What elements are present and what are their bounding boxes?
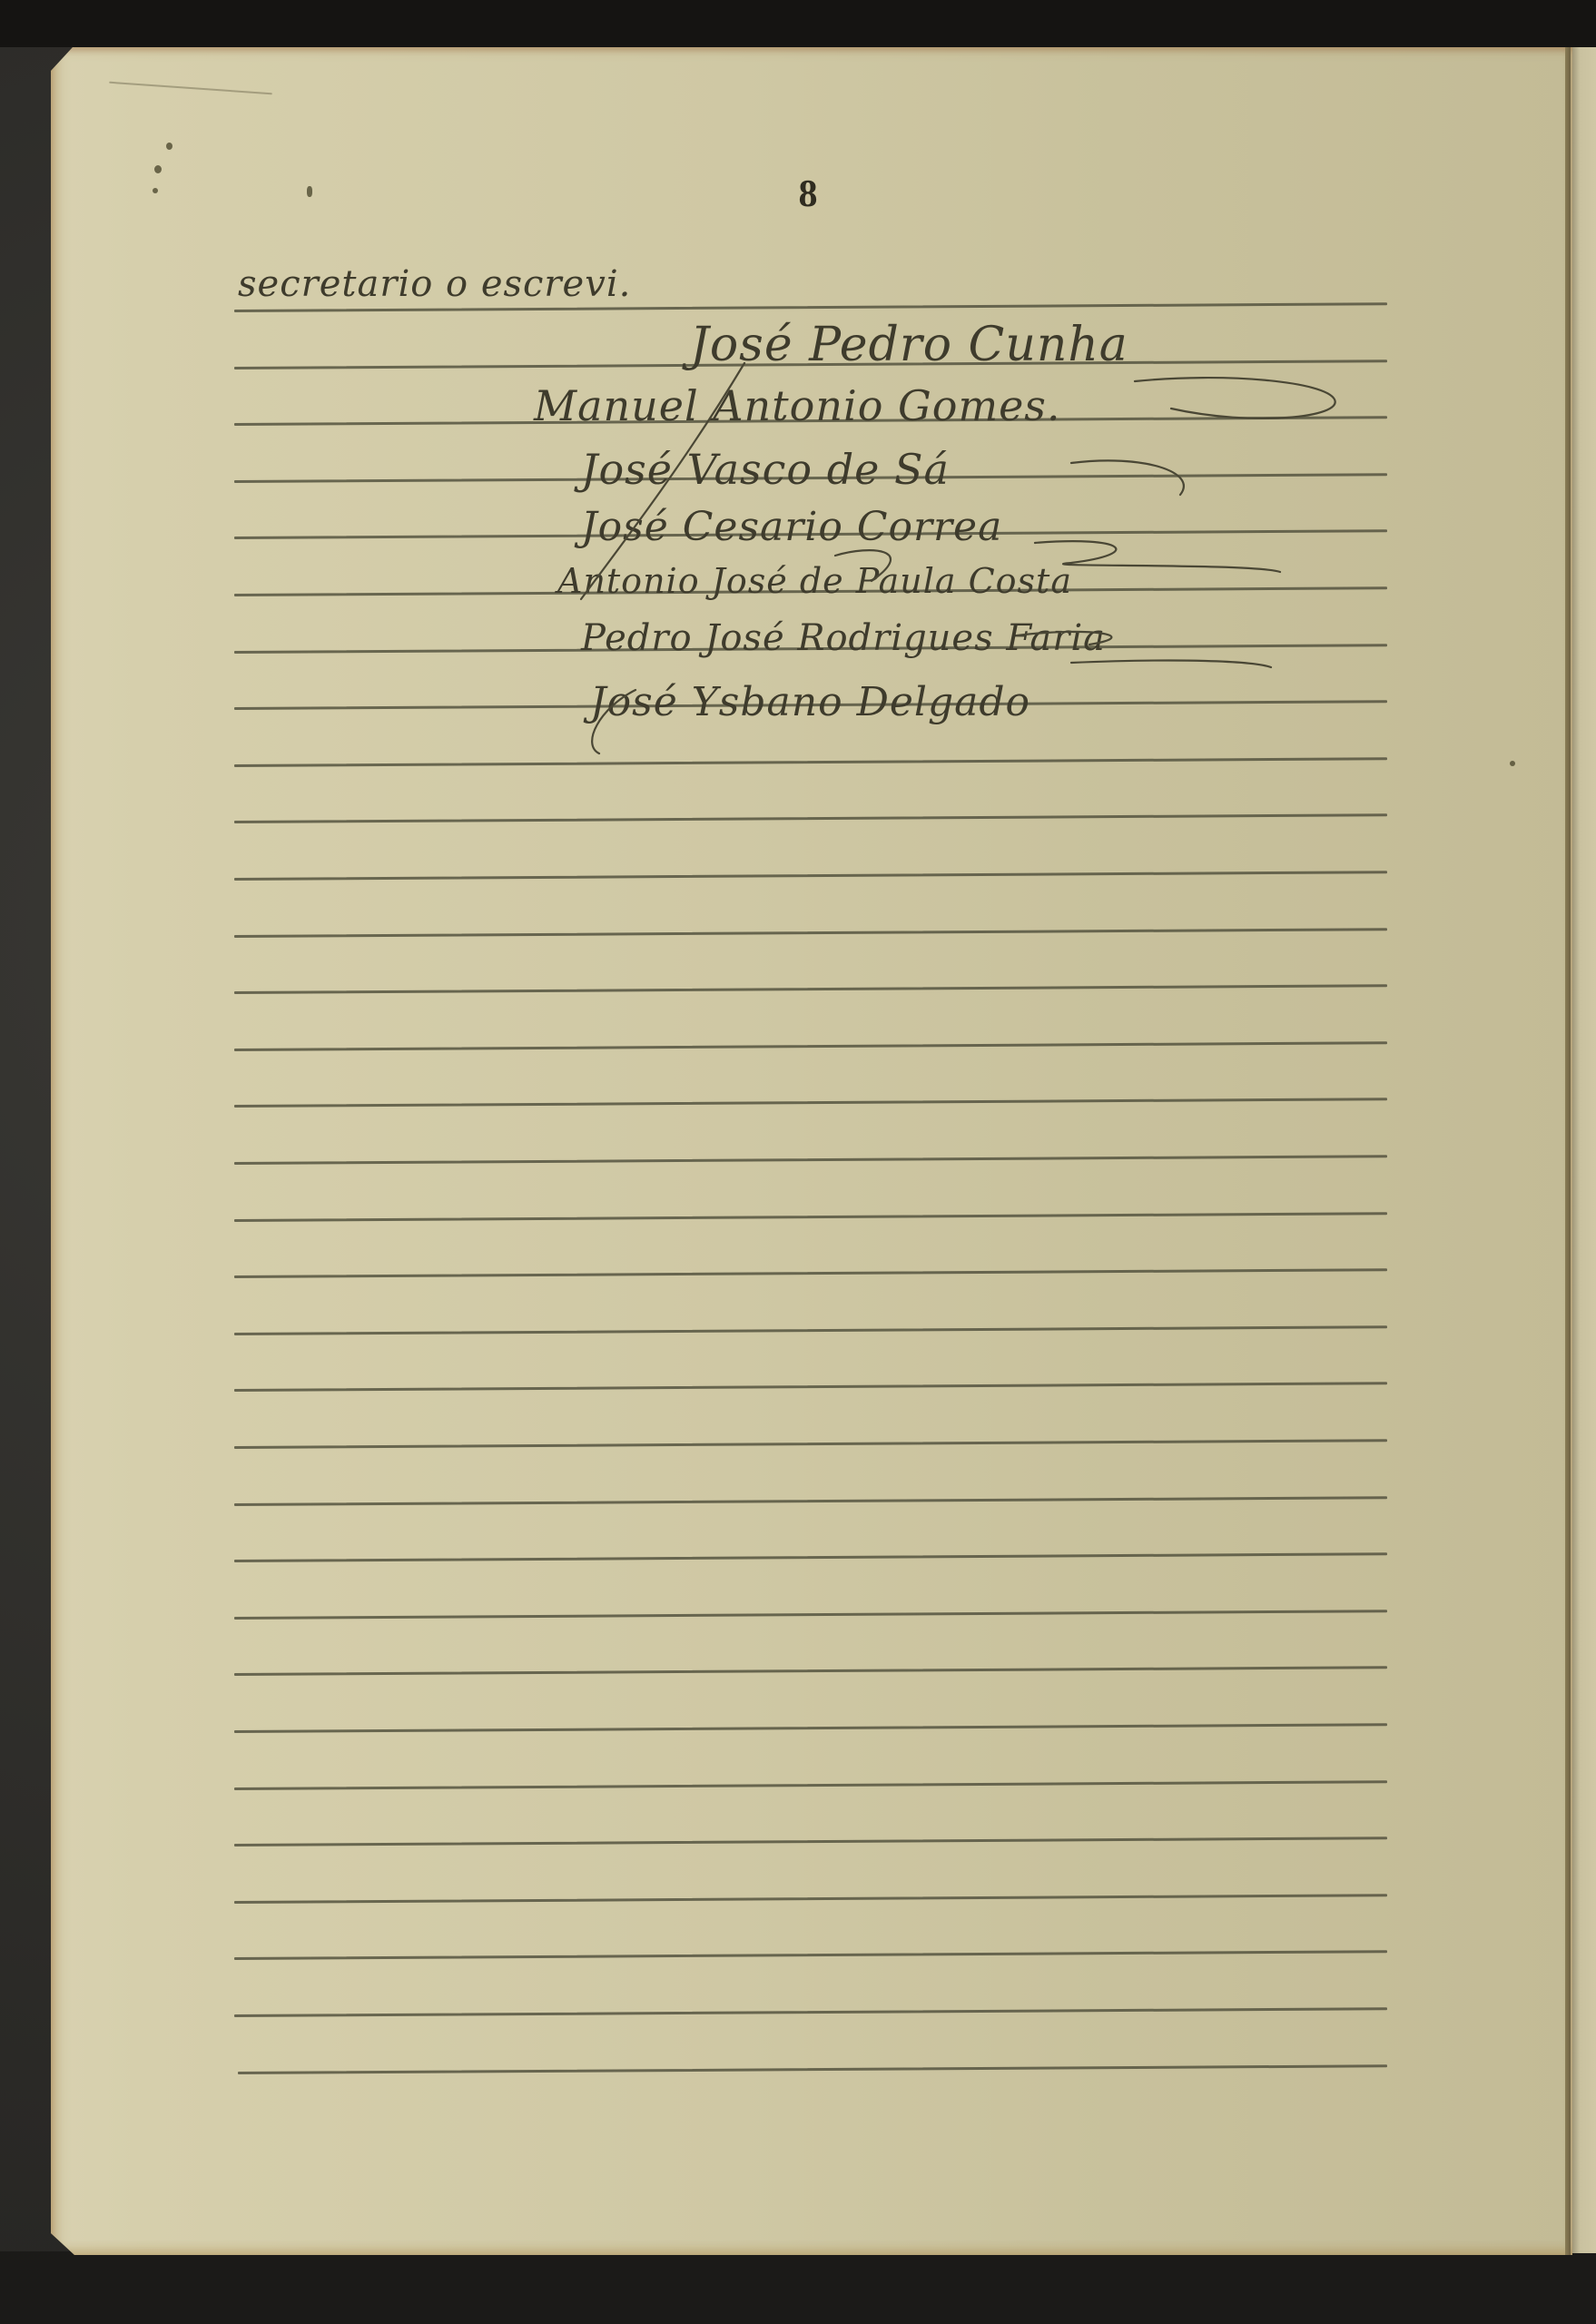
signature-flourish	[0, 0, 1596, 817]
scan-bottom-shadow	[0, 2251, 1596, 2324]
